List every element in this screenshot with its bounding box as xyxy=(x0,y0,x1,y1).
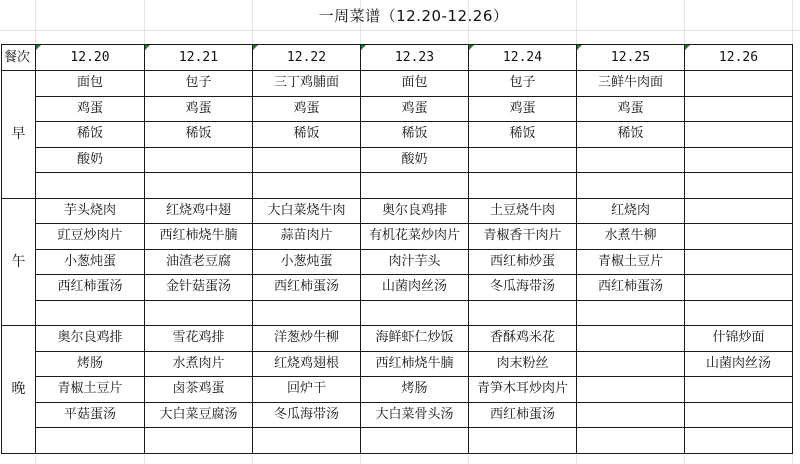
dish-cell[interactable] xyxy=(469,173,577,199)
dish-cell[interactable] xyxy=(253,428,361,454)
dish-cell[interactable] xyxy=(577,147,685,173)
dish-cell[interactable]: 鸡蛋 xyxy=(469,96,577,122)
dish-cell[interactable]: 肉汁芋头 xyxy=(361,249,469,275)
dish-cell[interactable] xyxy=(361,428,469,454)
dish-cell[interactable]: 红烧鸡中翅 xyxy=(145,198,253,224)
dish-cell[interactable] xyxy=(253,173,361,199)
dish-cell[interactable]: 西红柿蛋汤 xyxy=(469,402,577,428)
dish-cell[interactable]: 酸奶 xyxy=(361,147,469,173)
table-row xyxy=(2,300,793,326)
dish-cell[interactable] xyxy=(685,300,793,326)
dish-cell[interactable] xyxy=(685,275,793,301)
dish-cell[interactable] xyxy=(145,173,253,199)
dish-cell[interactable]: 西红柿蛋汤 xyxy=(577,275,685,301)
dish-cell[interactable] xyxy=(685,71,793,97)
dish-cell[interactable]: 稀饭 xyxy=(361,122,469,148)
dish-cell[interactable] xyxy=(145,300,253,326)
dish-cell[interactable]: 香酥鸡米花 xyxy=(469,326,577,352)
dish-cell[interactable]: 包子 xyxy=(145,71,253,97)
dish-cell[interactable]: 洋葱炒牛柳 xyxy=(253,326,361,352)
dish-cell[interactable]: 西红柿蛋汤 xyxy=(253,275,361,301)
table-row: 稀饭稀饭稀饭稀饭稀饭稀饭 xyxy=(2,122,793,148)
dish-cell[interactable] xyxy=(36,428,145,454)
date-label: 12.22 xyxy=(287,50,326,65)
dish-cell[interactable]: 水煮牛柳 xyxy=(577,224,685,250)
dish-cell[interactable] xyxy=(36,300,145,326)
dish-cell[interactable] xyxy=(685,198,793,224)
dish-cell[interactable]: 冬瓜海带汤 xyxy=(253,402,361,428)
dish-cell[interactable]: 西红柿烧牛腩 xyxy=(145,224,253,250)
comment-indicator-icon xyxy=(685,45,690,50)
dish-cell[interactable]: 有机花菜炒肉片 xyxy=(361,224,469,250)
date-label: 12.25 xyxy=(611,50,650,65)
dish-cell[interactable] xyxy=(577,377,685,403)
dish-cell[interactable]: 稀饭 xyxy=(469,122,577,148)
dish-cell[interactable] xyxy=(685,249,793,275)
table-row: 平菇蛋汤大白菜豆腐汤冬瓜海带汤大白菜骨头汤西红柿蛋汤 xyxy=(2,402,793,428)
dish-cell[interactable] xyxy=(685,428,793,454)
dish-cell[interactable]: 油渣老豆腐 xyxy=(145,249,253,275)
dish-cell[interactable] xyxy=(361,300,469,326)
dish-cell[interactable]: 蒜苗肉片 xyxy=(253,224,361,250)
dish-cell[interactable]: 回炉干 xyxy=(253,377,361,403)
dish-cell[interactable] xyxy=(253,300,361,326)
dish-cell[interactable]: 大白菜烧牛肉 xyxy=(253,198,361,224)
table-row: 烤肠水煮肉片红烧鸡翅根西红柿烧牛腩肉末粉丝山菌肉丝汤 xyxy=(2,351,793,377)
dish-cell[interactable] xyxy=(145,428,253,454)
spreadsheet-sheet: 一周菜谱（12.20-12.26） 餐次 12.20 12.21 12.22 1… xyxy=(0,0,800,464)
gridline xyxy=(0,30,800,31)
dish-cell[interactable]: 山菌肉丝汤 xyxy=(361,275,469,301)
comment-indicator-icon xyxy=(36,45,41,50)
meal-label-cell[interactable]: 早 xyxy=(2,71,36,199)
dish-cell[interactable]: 包子 xyxy=(469,71,577,97)
date-header-cell[interactable]: 12.26 xyxy=(685,45,793,71)
date-header-cell[interactable]: 12.22 xyxy=(253,45,361,71)
dish-cell[interactable]: 什锦炒面 xyxy=(685,326,793,352)
dish-cell[interactable]: 奥尔良鸡排 xyxy=(36,326,145,352)
meal-label-cell[interactable]: 午 xyxy=(2,198,36,326)
dish-cell[interactable]: 面包 xyxy=(36,71,145,97)
dish-cell[interactable]: 小葱炖蛋 xyxy=(36,249,145,275)
dish-cell[interactable]: 西红柿烧牛腩 xyxy=(361,351,469,377)
header-row: 餐次 12.20 12.21 12.22 12.23 12.24 12.25 1… xyxy=(2,45,793,71)
date-label: 12.23 xyxy=(395,50,434,65)
dish-cell[interactable] xyxy=(361,173,469,199)
table-row: 小葱炖蛋油渣老豆腐小葱炖蛋肉汁芋头西红柿炒蛋青椒土豆片 xyxy=(2,249,793,275)
dish-cell[interactable]: 青椒香干肉片 xyxy=(469,224,577,250)
dish-cell[interactable]: 鸡蛋 xyxy=(36,96,145,122)
dish-cell[interactable]: 鸡蛋 xyxy=(577,96,685,122)
dish-cell[interactable]: 鸡蛋 xyxy=(253,96,361,122)
dish-cell[interactable] xyxy=(577,428,685,454)
dish-cell[interactable]: 青笋木耳炒肉片 xyxy=(469,377,577,403)
dish-cell[interactable]: 酸奶 xyxy=(36,147,145,173)
date-label: 12.26 xyxy=(719,50,758,65)
dish-cell[interactable] xyxy=(685,173,793,199)
dish-cell[interactable]: 稀饭 xyxy=(145,122,253,148)
dish-cell[interactable]: 奥尔良鸡排 xyxy=(361,198,469,224)
dish-cell[interactable]: 土豆烧牛肉 xyxy=(469,198,577,224)
dish-cell[interactable]: 鸡蛋 xyxy=(145,96,253,122)
table-row xyxy=(2,173,793,199)
dish-cell[interactable]: 青椒土豆片 xyxy=(36,377,145,403)
dish-cell[interactable]: 冬瓜海带汤 xyxy=(469,275,577,301)
dish-cell[interactable] xyxy=(577,326,685,352)
table-row: 晚奥尔良鸡排雪花鸡排洋葱炒牛柳海鲜虾仁炒饭香酥鸡米花什锦炒面 xyxy=(2,326,793,352)
date-header-cell[interactable]: 12.21 xyxy=(145,45,253,71)
dish-cell[interactable]: 山菌肉丝汤 xyxy=(685,351,793,377)
date-header-cell[interactable]: 12.25 xyxy=(577,45,685,71)
dish-cell[interactable] xyxy=(253,147,361,173)
dish-cell[interactable]: 三鲜牛肉面 xyxy=(577,71,685,97)
menu-table: 餐次 12.20 12.21 12.22 12.23 12.24 12.25 1… xyxy=(1,44,793,454)
dish-cell[interactable]: 稀饭 xyxy=(253,122,361,148)
dish-cell[interactable]: 水煮肉片 xyxy=(145,351,253,377)
dish-cell[interactable]: 大白菜骨头汤 xyxy=(361,402,469,428)
dish-cell[interactable]: 三丁鸡脯面 xyxy=(253,71,361,97)
dish-cell[interactable]: 青椒土豆片 xyxy=(577,249,685,275)
dish-cell[interactable] xyxy=(577,402,685,428)
dish-cell[interactable]: 平菇蛋汤 xyxy=(36,402,145,428)
dish-cell[interactable] xyxy=(469,147,577,173)
table-row: 午芋头烧肉红烧鸡中翅大白菜烧牛肉奥尔良鸡排土豆烧牛肉红烧肉 xyxy=(2,198,793,224)
page-title[interactable]: 一周菜谱（12.20-12.26） xyxy=(35,0,792,30)
dish-cell[interactable]: 海鲜虾仁炒饭 xyxy=(361,326,469,352)
table-row: 鸡蛋鸡蛋鸡蛋鸡蛋鸡蛋鸡蛋 xyxy=(2,96,793,122)
dish-cell[interactable]: 红烧肉 xyxy=(577,198,685,224)
table-row: 西红柿蛋汤金针菇蛋汤西红柿蛋汤山菌肉丝汤冬瓜海带汤西红柿蛋汤 xyxy=(2,275,793,301)
dish-cell[interactable] xyxy=(685,224,793,250)
table-row: 青椒土豆片卤茶鸡蛋回炉干烤肠青笋木耳炒肉片 xyxy=(2,377,793,403)
dish-cell[interactable]: 小葱炖蛋 xyxy=(253,249,361,275)
date-header-cell[interactable]: 12.20 xyxy=(36,45,145,71)
table-row: 酸奶酸奶 xyxy=(2,147,793,173)
dish-cell[interactable]: 肉末粉丝 xyxy=(469,351,577,377)
dish-cell[interactable] xyxy=(685,96,793,122)
dish-cell[interactable]: 金针菇蛋汤 xyxy=(145,275,253,301)
dish-cell[interactable]: 稀饭 xyxy=(577,122,685,148)
dish-cell[interactable] xyxy=(469,428,577,454)
dish-cell[interactable] xyxy=(577,351,685,377)
table-row: 豇豆炒肉片西红柿烧牛腩蒜苗肉片有机花菜炒肉片青椒香干肉片水煮牛柳 xyxy=(2,224,793,250)
table-row xyxy=(2,428,793,454)
comment-indicator-icon xyxy=(361,45,366,50)
dish-cell[interactable] xyxy=(469,300,577,326)
date-header-cell[interactable]: 12.23 xyxy=(361,45,469,71)
meal-column-header[interactable]: 餐次 xyxy=(2,45,36,71)
dish-cell[interactable]: 雪花鸡排 xyxy=(145,326,253,352)
date-header-cell[interactable]: 12.24 xyxy=(469,45,577,71)
dish-cell[interactable]: 卤茶鸡蛋 xyxy=(145,377,253,403)
dish-cell[interactable]: 鸡蛋 xyxy=(361,96,469,122)
dish-cell[interactable] xyxy=(577,300,685,326)
dish-cell[interactable] xyxy=(36,173,145,199)
comment-indicator-icon xyxy=(253,45,258,50)
comment-indicator-icon xyxy=(145,45,150,50)
table-row: 早面包包子三丁鸡脯面面包包子三鲜牛肉面 xyxy=(2,71,793,97)
date-label: 12.20 xyxy=(70,50,109,65)
dish-cell[interactable]: 烤肠 xyxy=(36,351,145,377)
dish-cell[interactable]: 芋头烧肉 xyxy=(36,198,145,224)
dish-cell[interactable] xyxy=(145,147,253,173)
meal-label-cell[interactable]: 晚 xyxy=(2,326,36,454)
dish-cell[interactable]: 烤肠 xyxy=(361,377,469,403)
dish-cell[interactable]: 西红柿蛋汤 xyxy=(36,275,145,301)
comment-indicator-icon xyxy=(577,45,582,50)
dish-cell[interactable] xyxy=(685,377,793,403)
dish-cell[interactable] xyxy=(577,173,685,199)
date-label: 12.21 xyxy=(179,50,218,65)
dish-cell[interactable]: 面包 xyxy=(361,71,469,97)
dish-cell[interactable]: 豇豆炒肉片 xyxy=(36,224,145,250)
dish-cell[interactable]: 红烧鸡翅根 xyxy=(253,351,361,377)
dish-cell[interactable]: 稀饭 xyxy=(36,122,145,148)
dish-cell[interactable] xyxy=(685,122,793,148)
date-label: 12.24 xyxy=(503,50,542,65)
dish-cell[interactable]: 大白菜豆腐汤 xyxy=(145,402,253,428)
comment-indicator-icon xyxy=(469,45,474,50)
dish-cell[interactable] xyxy=(685,147,793,173)
dish-cell[interactable] xyxy=(685,402,793,428)
dish-cell[interactable]: 西红柿炒蛋 xyxy=(469,249,577,275)
